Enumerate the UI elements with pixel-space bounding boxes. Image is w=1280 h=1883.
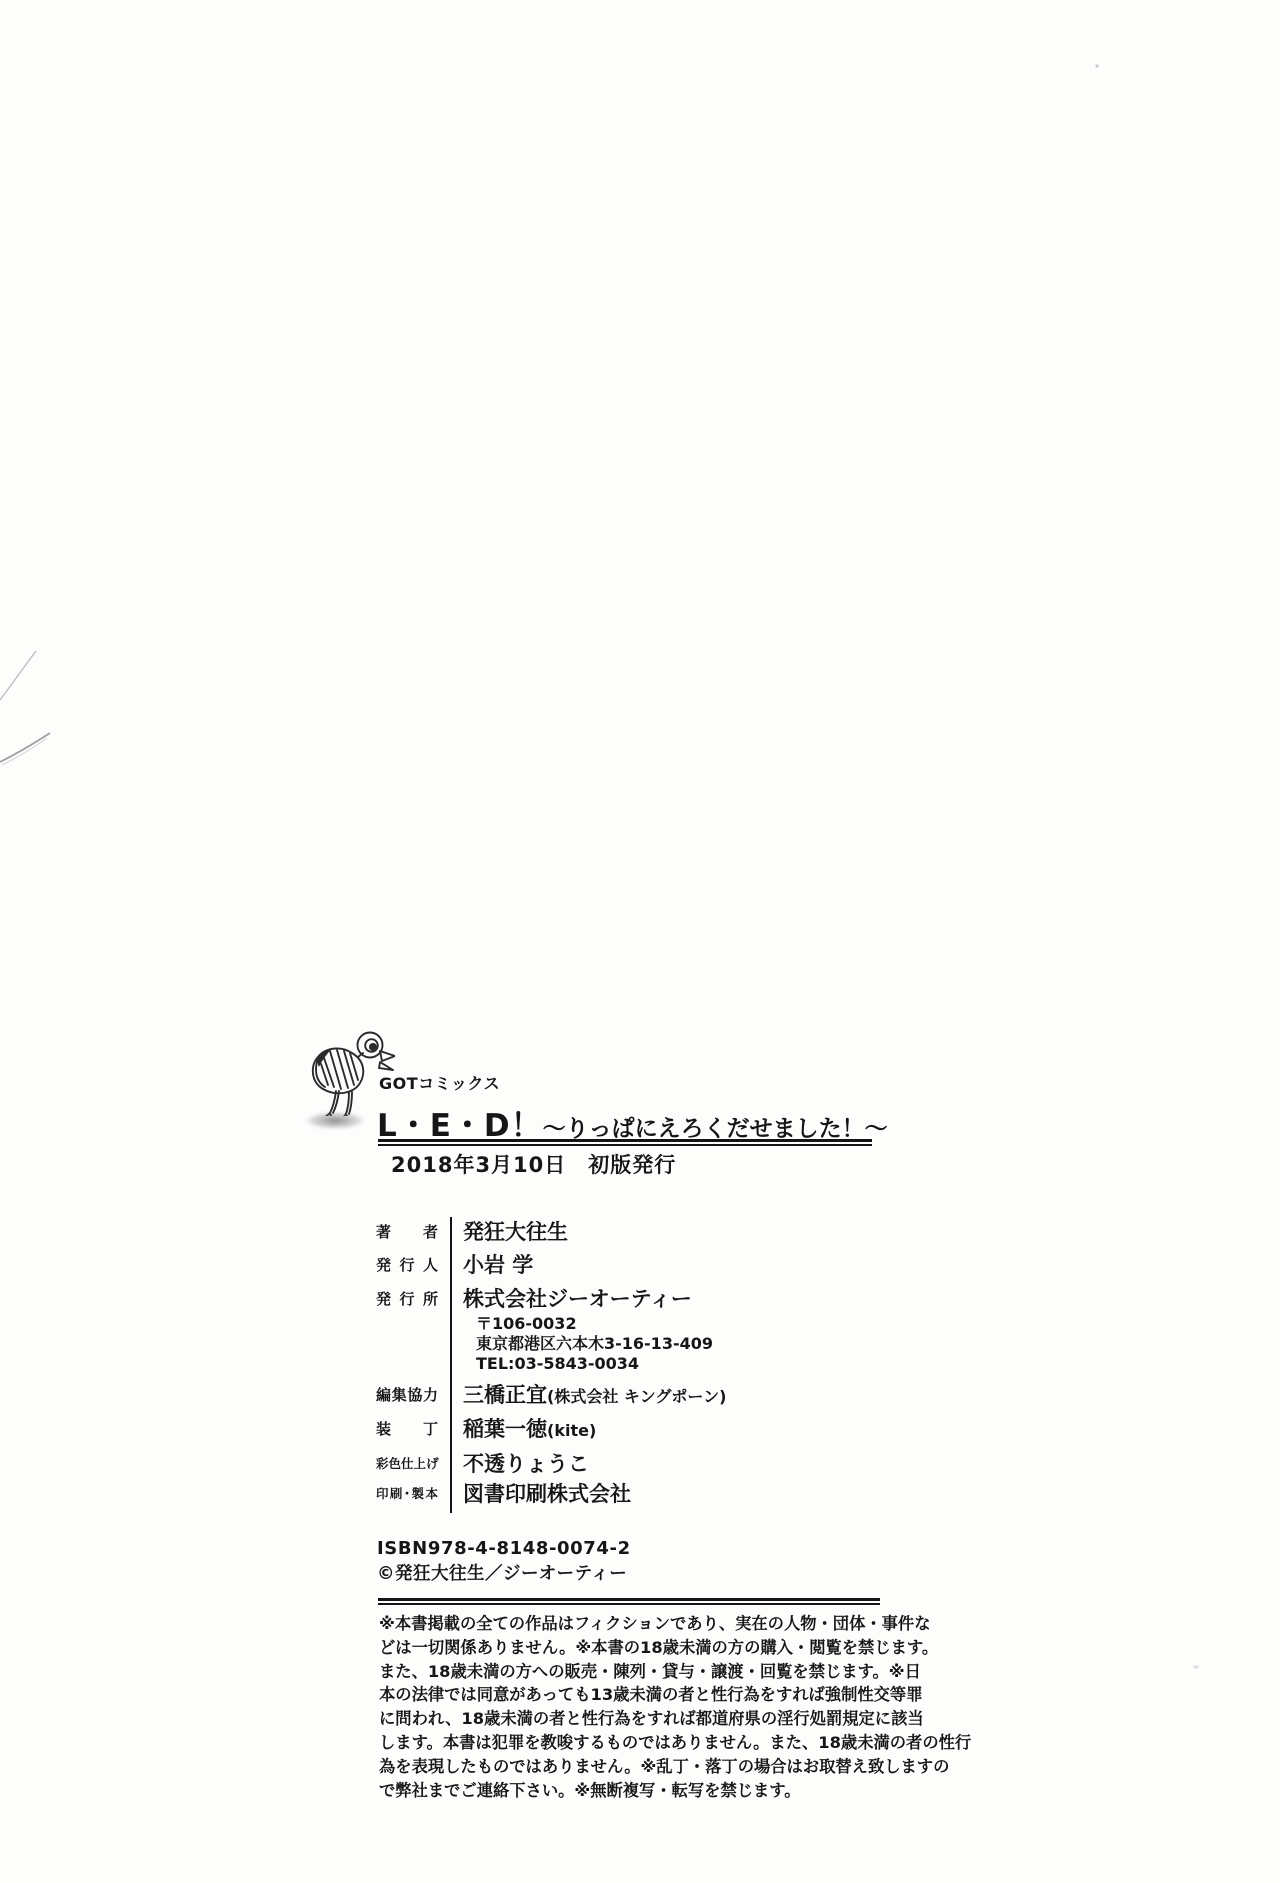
disclaimer-line: します。本書は犯罪を教唆するものではありません。また、18歳未満の者の性行	[379, 1731, 895, 1755]
disclaimer-line: に問われ、18歳未満の者と性行為をすれば都道府県の淫行処罰規定に該当	[379, 1707, 895, 1731]
row-value: 三橋正宜(株式会社 キングポーン)	[463, 1382, 936, 1410]
copyright-text: ©発狂大往生／ジーオーティー	[377, 1560, 627, 1585]
row-value: 発狂大往生	[463, 1219, 936, 1245]
colophon-row-printing: 印刷･製本 図書印刷株式会社	[376, 1479, 936, 1513]
address-line: 東京都港区六本木3-16-13-409	[476, 1334, 936, 1354]
bird-shadow	[306, 1112, 364, 1129]
disclaimer-line: どは一切関係ありません。※本書の18歳未満の方の購入・閲覧を禁じます。	[379, 1636, 895, 1660]
row-label: 発行人	[376, 1252, 438, 1278]
row-label: 編集協力	[376, 1382, 438, 1408]
row-value: 株式会社ジーオーティー	[463, 1286, 936, 1312]
row-label: 装丁	[376, 1416, 438, 1442]
publisher-address: 〒106-0032 東京都港区六本木3-16-13-409 TEL:03-584…	[463, 1314, 936, 1374]
colophon-row-author: 著者 発狂大往生	[376, 1217, 936, 1250]
disclaimer-text: ※本書掲載の全ての作品はフィクションであり、実在の人物・団体・事件な どは一切関…	[379, 1612, 895, 1802]
disclaimer-line: また、18歳未満の方への販売・陳列・貸与・譲渡・回覧を禁じます。※日	[379, 1660, 895, 1684]
row-label: 著者	[376, 1219, 438, 1245]
colophon-row-editing: 編集協力 三橋正宜(株式会社 キングポーン)	[376, 1378, 936, 1412]
row-label: 発行所	[376, 1286, 438, 1312]
colophon-row-publisher-person: 発行人 小岩 学	[376, 1250, 936, 1284]
colophon-row-design: 装丁 稲葉一徳(kite)	[376, 1412, 936, 1448]
disclaimer-line: で弊社までご連絡下さい。※無断複写・転写を禁じます。	[379, 1779, 895, 1803]
colophon-row-publisher: 発行所 株式会社ジーオーティー 〒106-0032 東京都港区六本木3-16-1…	[376, 1284, 936, 1378]
imprint-series-label: GOTコミックス	[379, 1071, 500, 1094]
row-value: 不透りょうこ	[463, 1451, 936, 1477]
title-underline-rule	[378, 1139, 872, 1146]
row-label: 彩色仕上げ	[376, 1451, 438, 1477]
row-value-note: (株式会社 キングポーン)	[547, 1387, 726, 1406]
phone-number: TEL:03-5843-0034	[476, 1354, 936, 1374]
postal-code: 〒106-0032	[476, 1314, 936, 1334]
row-value: 図書印刷株式会社	[463, 1481, 936, 1507]
disclaimer-line: 為を表現したものではありません。※乱丁・落丁の場合はお取替え致しますの	[379, 1755, 895, 1779]
row-value: 小岩 学	[463, 1252, 936, 1278]
colophon-row-coloring: 彩色仕上げ 不透りょうこ	[376, 1448, 936, 1479]
row-label: 印刷･製本	[376, 1481, 438, 1507]
edition-date-line: 2018年3月10日 初版発行	[391, 1152, 676, 1178]
disclaimer-line: 本の法律では同意があっても13歳未満の者と性行為をすれば強制性交等罪	[379, 1683, 895, 1707]
colophon-table: 著者 発狂大往生 発行人 小岩 学 発行所 株式会社ジーオーティー 〒106-0…	[376, 1217, 936, 1513]
isbn-text: ISBN978-4-8148-0074-2	[377, 1538, 631, 1559]
row-value-note: (kite)	[547, 1421, 596, 1440]
row-value: 稲葉一徳(kite)	[463, 1416, 936, 1444]
disclaimer-line: ※本書掲載の全ての作品はフィクションであり、実在の人物・団体・事件な	[379, 1612, 895, 1636]
book-colophon-page: GOTコミックス L・E・D！～りっぱにえろくだせました！～ 2018年3月10…	[0, 0, 1280, 1883]
section-divider-rule	[378, 1598, 880, 1605]
